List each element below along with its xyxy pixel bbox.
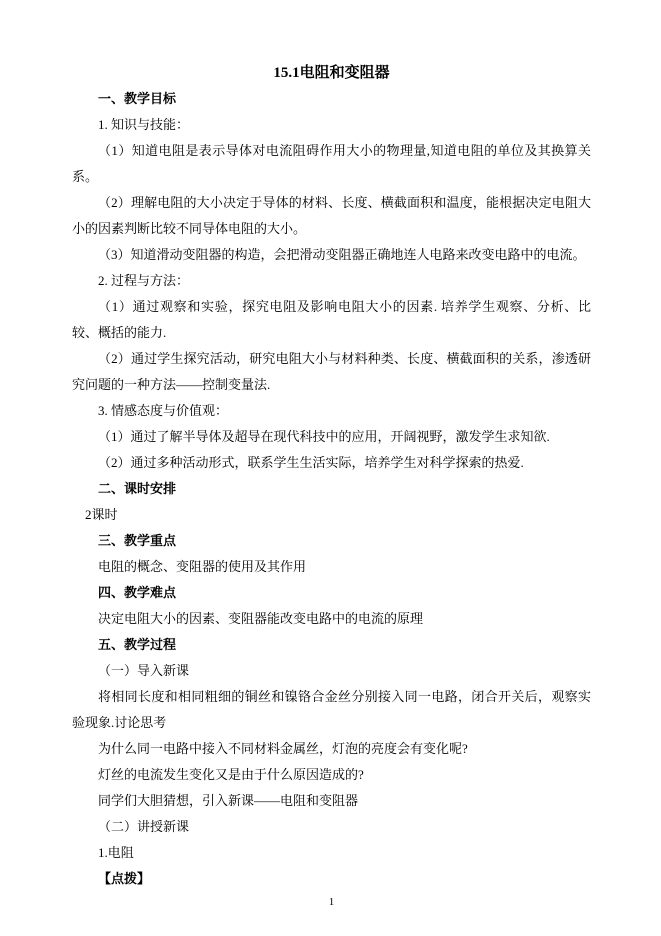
section-heading: 三、教学重点	[72, 528, 591, 554]
doc-paragraph: （1）通过观察和实验，探究电阻及影响电阻大小的因素. 培养学生观察、分析、比较、…	[72, 294, 591, 346]
section-heading: 一、教学目标	[72, 86, 591, 112]
doc-paragraph: （一）导入新课	[72, 658, 591, 684]
doc-paragraph: （3）知道滑动变阻器的构造，会把滑动变阻器正确地连人电路来改变电路中的电流。	[72, 242, 591, 268]
doc-paragraph: 决定电阻大小的因素、变阻器能改变电路中的电流的原理	[72, 606, 591, 632]
doc-paragraph: 为什么同一电路中接入不同材料金属丝，灯泡的亮度会有变化呢?	[72, 736, 591, 762]
doc-paragraph: 1.电阻	[72, 840, 591, 866]
doc-paragraph: 2. 过程与方法：	[72, 268, 591, 294]
section-heading: 【点拨】	[72, 866, 591, 892]
document-page: 15.1电阻和变阻器 一、教学目标1. 知识与技能：（1）知道电阻是表示导体对电…	[0, 0, 661, 936]
doc-paragraph: （2）理解电阻的大小决定于导体的材料、长度、横截面积和温度，能根据决定电阻大小的…	[72, 190, 591, 242]
doc-paragraph: （2）通过学生探究活动，研究电阻大小与材料种类、长度、横截面积的关系，渗透研究问…	[72, 346, 591, 398]
doc-paragraph: 将相同长度和相同粗细的铜丝和镍铬合金丝分别接入同一电路，闭合开关后，观察实验现象…	[72, 684, 591, 736]
document-body: 一、教学目标1. 知识与技能：（1）知道电阻是表示导体对电流阻碍作用大小的物理量…	[72, 86, 591, 892]
doc-paragraph: （1）知道电阻是表示导体对电流阻碍作用大小的物理量,知道电阻的单位及其换算关系。	[72, 138, 591, 190]
section-heading: 四、教学难点	[72, 580, 591, 606]
doc-paragraph: （二）讲授新课	[72, 814, 591, 840]
doc-paragraph: 1. 知识与技能：	[72, 112, 591, 138]
section-heading: 二、课时安排	[72, 476, 591, 502]
doc-paragraph: （2）通过多种活动形式，联系学生生活实际，培养学生对科学探索的热爱.	[72, 450, 591, 476]
doc-paragraph: （1）通过了解半导体及超导在现代科技中的应用，开阔视野，激发学生求知欲.	[72, 424, 591, 450]
doc-paragraph: 电阻的概念、变阻器的使用及其作用	[72, 554, 591, 580]
doc-paragraph: 2课时	[72, 502, 591, 528]
section-heading: 五、教学过程	[72, 632, 591, 658]
doc-paragraph: 3. 情感态度与价值观：	[72, 398, 591, 424]
doc-paragraph: 同学们大胆猜想，引入新课——电阻和变阻器	[72, 788, 591, 814]
page-number: 1	[72, 894, 591, 910]
doc-paragraph: 灯丝的电流发生变化又是由于什么原因造成的?	[72, 762, 591, 788]
page-title: 15.1电阻和变阻器	[72, 60, 591, 86]
